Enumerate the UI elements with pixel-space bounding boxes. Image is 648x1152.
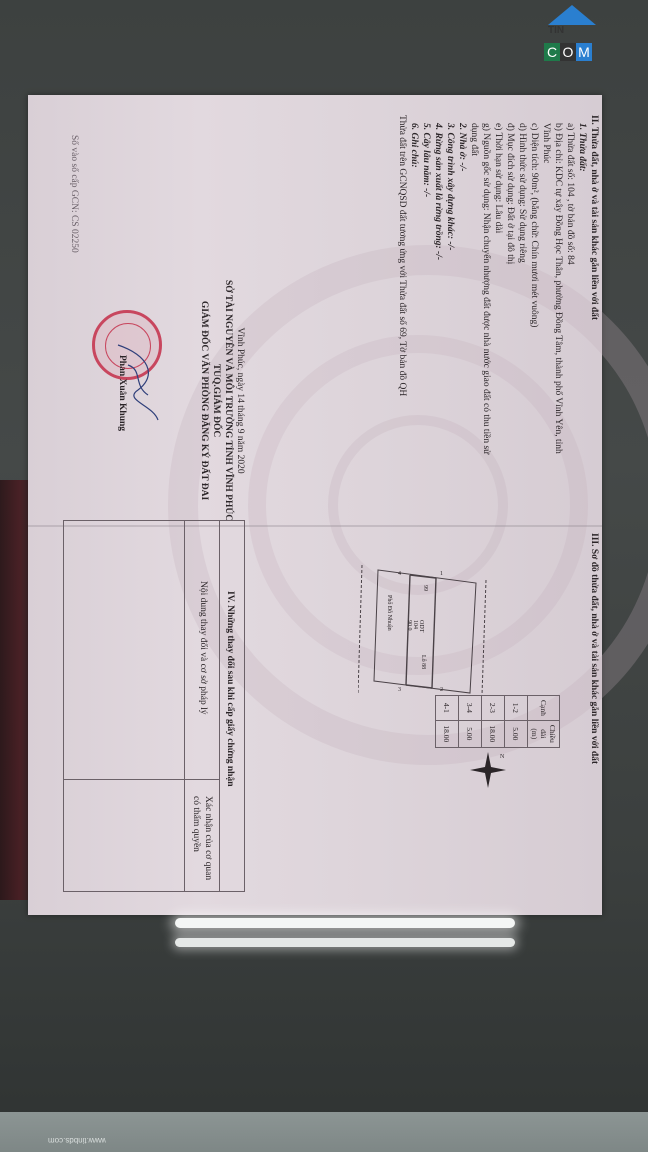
item-perennial: 5. Cây lâu năm: -/- (420, 115, 432, 454)
section-3-diagram: III. Sơ đồ thửa đất, nhà ở và tài sản kh… (588, 533, 600, 764)
land-line: đ) Mục đích sử dụng: Đất ở tại đô thị (504, 115, 516, 454)
land-line: g) Nguồn gốc sử dụng: Nhận chuyển nhượng… (480, 115, 492, 454)
light-reflection (175, 918, 515, 928)
corner-2: 2 (440, 687, 443, 693)
house-roof-icon (548, 5, 596, 25)
bottom-surface (0, 1112, 648, 1152)
logo-letter-o: O (560, 43, 576, 61)
land-line: dụng đất (468, 115, 480, 454)
land-plot-subtitle: 1. Thửa đất: (576, 115, 588, 454)
changes-table-divider (64, 779, 219, 780)
plot-area: 90.0 (406, 620, 412, 631)
col-confirm-header-2: có thẩm quyền (190, 796, 202, 880)
section-3-title: III. Sơ đồ thửa đất, nhà ở và tài sản kh… (588, 533, 600, 764)
land-line: e) Thời hạn sử dụng: Lâu dài (492, 115, 504, 454)
light-reflection (175, 938, 515, 947)
col-content-header: Nội dung thay đổi và cơ sở pháp lý (197, 581, 209, 715)
section-2-title: II. Thửa đất, nhà ở và tài sản khác gắn … (588, 115, 600, 454)
land-line: c) Diện tích: 90m², (bằng chữ: Chín mươi… (528, 115, 540, 454)
land-line: d) Hình thức sử dụng: Sử dụng riêng (516, 115, 528, 454)
table-header: Cạnh (528, 696, 560, 721)
table-header: Chiều dài (m) (528, 720, 560, 747)
signer-name: Phan Xuân Khung (116, 355, 128, 431)
item-house: 2. Nhà ở: -/- (456, 115, 468, 454)
section-4-title: IV. Những thay đổi sau khi cấp giấy chứn… (224, 591, 236, 787)
signer-name-block: Phan Xuân Khung (116, 355, 128, 431)
col-confirm-header-1: Xác nhận của cơ quan (202, 796, 214, 880)
signature-block: Vĩnh Phúc, ngày 14 tháng 9 năm 2020 SỞ T… (198, 280, 246, 521)
corner-3: 3 (398, 687, 401, 693)
road-name: Phố Đỗ Nhuận (386, 595, 393, 631)
table-row: 4-118.00 (436, 696, 459, 748)
corner-4: 4 (398, 571, 401, 577)
item-construction: 3. Công trình xây dựng khác: -/- (444, 115, 456, 454)
certificate-page: II. Thửa đất, nhà ở và tài sản khác gắn … (28, 95, 602, 915)
changes-table: IV. Những thay đổi sau khi cấp giấy chứn… (63, 520, 245, 892)
issue-date: Vĩnh Phúc, ngày 14 tháng 9 năm 2020 (234, 280, 246, 521)
land-line: Vĩnh Phúc (540, 115, 552, 454)
land-line: b) Địa chỉ: KDC tự xây Đồng Học Thân, ph… (552, 115, 564, 454)
logo-letter-m: M (576, 43, 592, 61)
item-notes: 6. Ghi chú: (408, 115, 420, 454)
land-line: a) Thửa đất số: 104 , tờ bản đồ số: 84 (564, 115, 576, 454)
item-forest: 4. Rừng sản xuất là rừng trồng: -/- (432, 115, 444, 454)
land-plot-diagram: ODT 104 90.0 99 Lô 88 Phố Đỗ Nhuận 1 2 3… (358, 565, 498, 695)
registry-number: Số vào sổ cấp GCN: CS 02250 (68, 135, 80, 253)
plot-neighbor-right: Lô 88 (420, 655, 426, 669)
plot-neighbor-left: 99 (422, 585, 428, 591)
note-text: Thửa đất trên GCNQSD đất tương ứng với T… (396, 115, 408, 454)
issuing-org: SỞ TÀI NGUYÊN VÀ MÔI TRƯỜNG TỈNH VĨNH PH… (222, 280, 234, 521)
tinbds-logo: TIN C O M (544, 5, 604, 65)
section-4-title-wrap: IV. Những thay đổi sau khi cấp giấy chứn… (224, 591, 236, 787)
logo-letter-c: C (544, 43, 560, 61)
table-row: 3-45.00 (459, 696, 482, 748)
authorized-by: TUQ.GIÁM ĐỐC (210, 280, 222, 521)
logo-com: C O M (544, 43, 592, 61)
signer-title: GIÁM ĐỐC VĂN PHÒNG ĐĂNG KÝ ĐẤT ĐAI (198, 280, 210, 521)
registry-text: Số vào sổ cấp GCN: CS 02250 (68, 135, 80, 253)
table-row: 1-25.00 (505, 696, 528, 748)
corner-1: 1 (440, 571, 443, 577)
col-content-wrap: Nội dung thay đổi và cơ sở pháp lý (197, 581, 209, 715)
logo-top-text: TIN (548, 25, 564, 36)
bottom-watermark: www.tinbds.com (48, 1136, 106, 1145)
edge-length-table: CạnhChiều dài (m) 1-25.00 2-318.00 3-45.… (420, 695, 560, 875)
col-confirm-wrap: Xác nhận của cơ quan có thẩm quyền (190, 796, 214, 880)
table-row: 2-318.00 (482, 696, 505, 748)
section-2-land-info: II. Thửa đất, nhà ở và tài sản khác gắn … (396, 115, 600, 454)
